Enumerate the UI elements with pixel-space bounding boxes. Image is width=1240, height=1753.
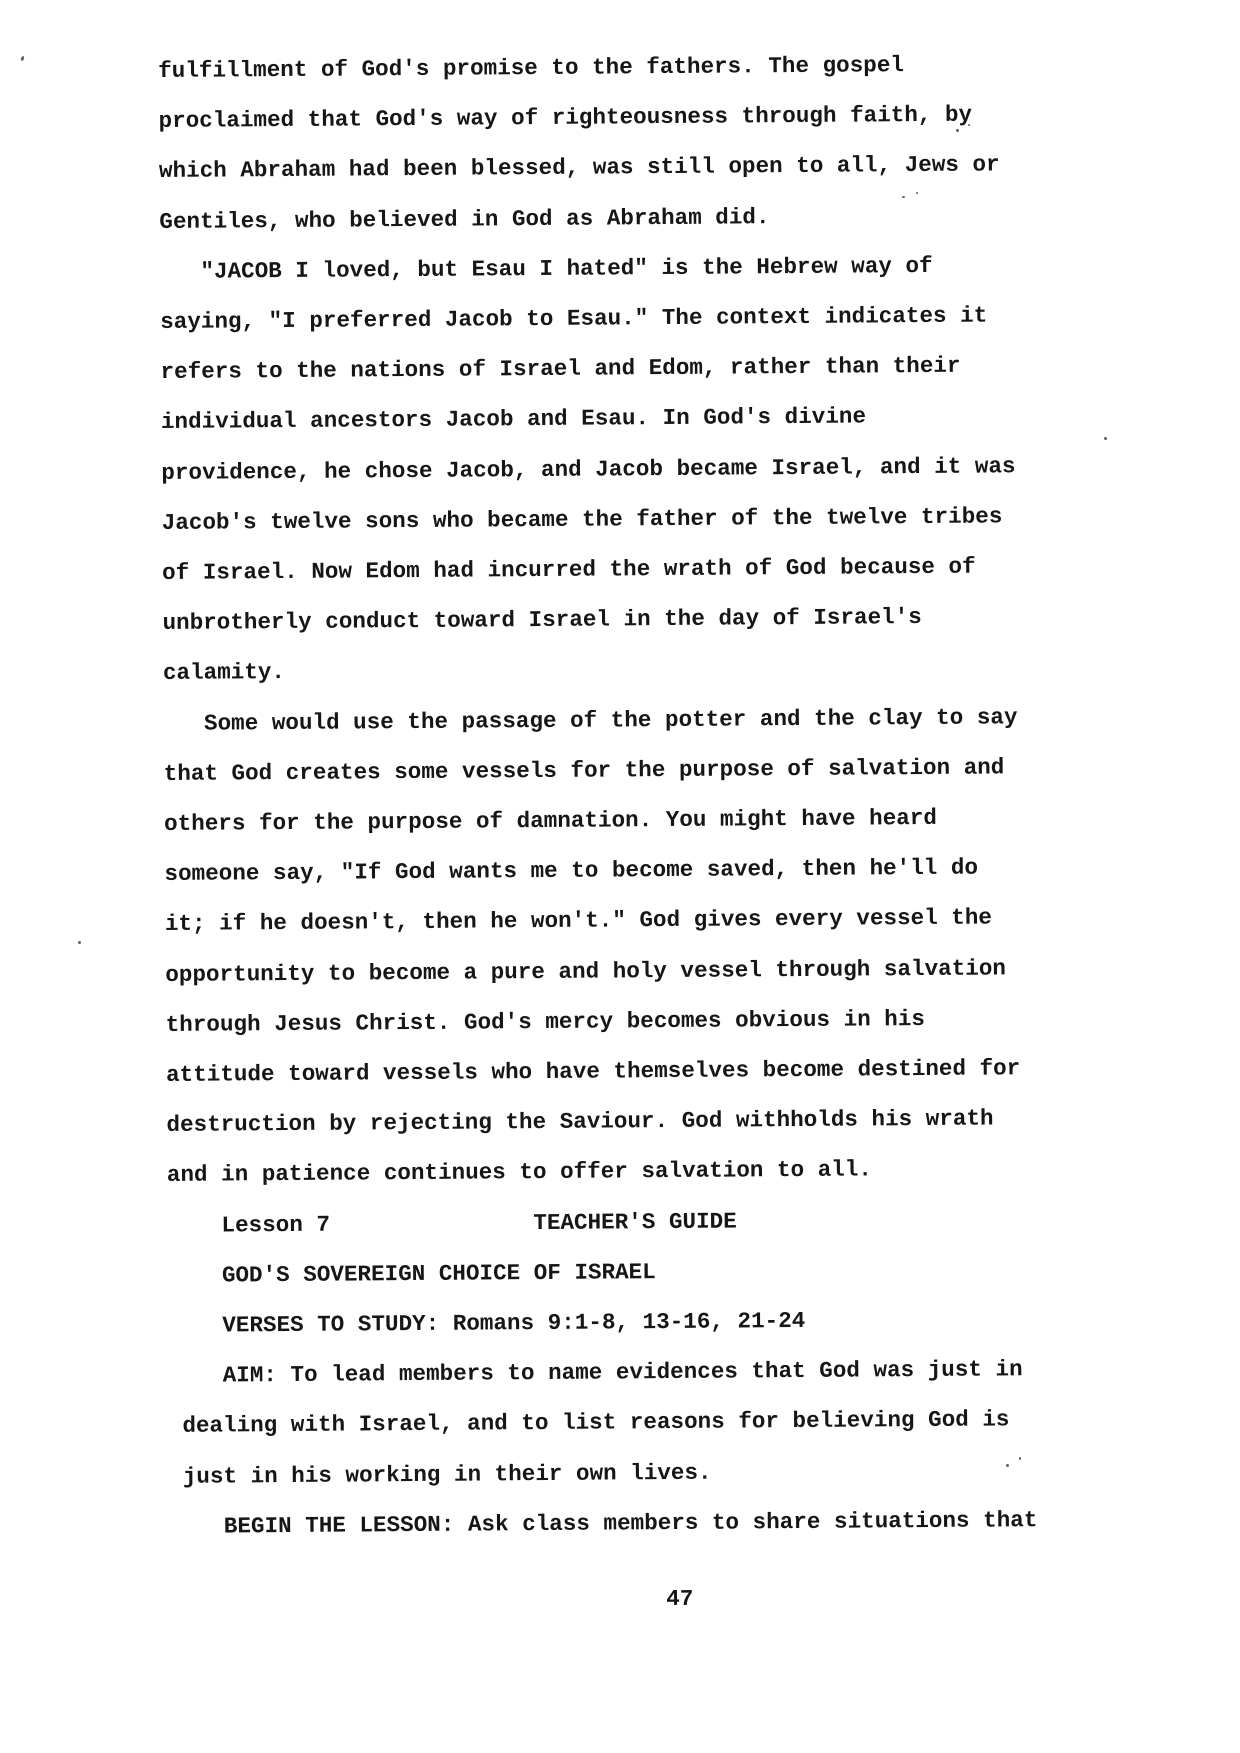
text-line: Jacob's twelve sons who became the fathe… bbox=[162, 491, 1030, 548]
text-line: someone say, "If God wants me to become … bbox=[164, 842, 1032, 899]
text-line: and in patience continues to offer salva… bbox=[167, 1144, 1035, 1201]
scan-speck bbox=[902, 196, 905, 198]
text-line: that God creates some vessels for the pu… bbox=[164, 742, 1032, 799]
page-number: 47 bbox=[170, 1571, 1038, 1628]
scan-speck bbox=[1006, 1464, 1009, 1467]
text-line: unbrotherly conduct toward Israel in the… bbox=[162, 591, 1030, 648]
text-line: it; if he doesn't, then he won't." God g… bbox=[165, 893, 1033, 950]
text-line: dealing with Israel, and to list reasons… bbox=[169, 1395, 1037, 1452]
text-line: which Abraham had been blessed, was stil… bbox=[159, 140, 1027, 197]
scan-speck bbox=[20, 56, 25, 62]
scan-speck bbox=[1104, 437, 1107, 440]
text-line: others for the purpose of damnation. You… bbox=[164, 792, 1032, 849]
text-line: calamity. bbox=[163, 642, 1031, 699]
text-line: through Jesus Christ. God's mercy become… bbox=[165, 993, 1033, 1050]
text-line: "JACOB I loved, but Esau I hated" is the… bbox=[160, 240, 1028, 297]
text-line: of Israel. Now Edom had incurred the wra… bbox=[162, 541, 1030, 598]
text-line: refers to the nations of Israel and Edom… bbox=[160, 340, 1028, 397]
scan-speck bbox=[916, 192, 918, 194]
text-line: fulfillment of God's promise to the fath… bbox=[158, 39, 1026, 96]
text-line: Some would use the passage of the potter… bbox=[163, 692, 1031, 749]
text-line: Gentiles, who believed in God as Abraham… bbox=[159, 190, 1027, 247]
text-line: attitude toward vessels who have themsel… bbox=[166, 1043, 1034, 1100]
text-line: saying, "I preferred Jacob to Esau." The… bbox=[160, 290, 1028, 347]
text-line: proclaimed that God's way of righteousne… bbox=[158, 89, 1026, 146]
text-line: destruction by rejecting the Saviour. Go… bbox=[166, 1093, 1034, 1150]
scan-speck bbox=[78, 941, 81, 944]
document-page: fulfillment of God's promise to the fath… bbox=[0, 0, 1240, 1753]
scan-speck bbox=[956, 129, 959, 132]
document-text-block: fulfillment of God's promise to the fath… bbox=[158, 39, 1038, 1628]
text-line: VERSES TO STUDY: Romans 9:1-8, 13-16, 21… bbox=[168, 1294, 1036, 1351]
text-line: Lesson 7 TEACHER'S GUIDE bbox=[167, 1194, 1035, 1251]
scan-speck bbox=[1019, 1457, 1021, 1460]
text-line: AIM: To lead members to name evidences t… bbox=[168, 1344, 1036, 1401]
text-line: just in his working in their own lives. bbox=[169, 1445, 1037, 1502]
text-line: individual ancestors Jacob and Esau. In … bbox=[161, 391, 1029, 448]
text-line: providence, he chose Jacob, and Jacob be… bbox=[161, 441, 1029, 498]
scan-speck bbox=[968, 124, 970, 126]
text-line: GOD'S SOVEREIGN CHOICE OF ISRAEL bbox=[167, 1244, 1035, 1301]
text-line: BEGIN THE LESSON: Ask class members to s… bbox=[169, 1495, 1037, 1552]
text-line: opportunity to become a pure and holy ve… bbox=[165, 943, 1033, 1000]
